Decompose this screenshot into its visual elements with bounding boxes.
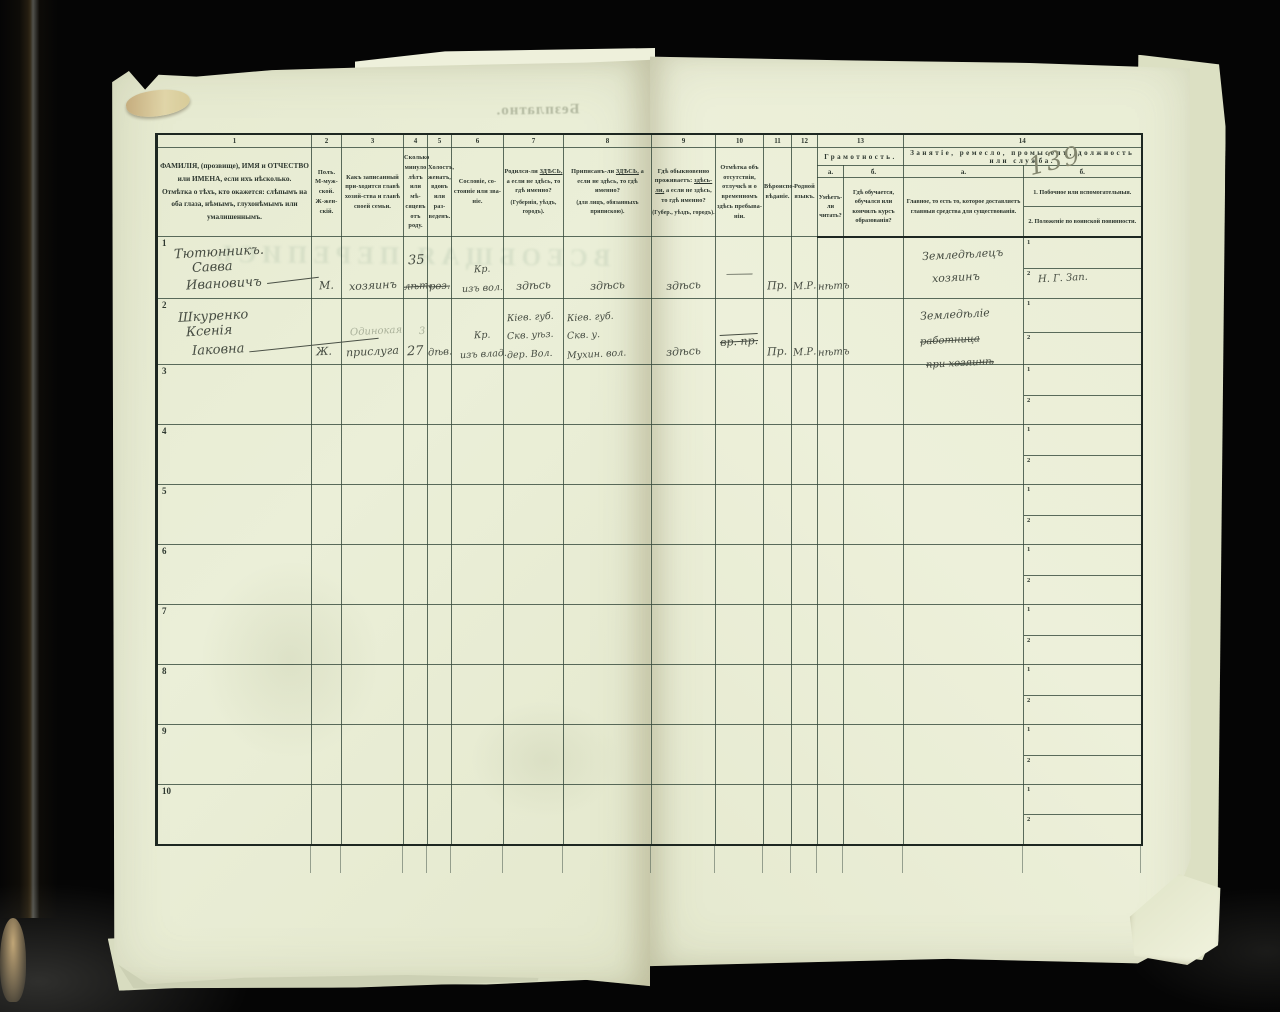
subcell-label-1: 1 [1027,300,1030,307]
header-occupation-side-2: 2. Положеніе по воинской повинности. [1024,206,1141,235]
r2-language: М.Р. [792,299,818,365]
r2-sex-value: Ж. [315,346,331,358]
r1-religion-value: Пр. [767,279,788,291]
empty-cell [792,545,818,605]
row-name-cell: 4 [157,425,312,485]
empty-cell [652,785,716,845]
row-number: 3 [162,366,167,376]
r2-registration: Кіев. губ. Скв. у. Мухин. вол. [564,299,652,365]
empty-cell [452,545,504,605]
header-literacy-a-label: а. [818,166,844,178]
empty-cell [652,545,716,605]
empty-cell [844,545,904,605]
empty-cell [818,665,844,725]
subcell-label-1: 1 [1027,606,1030,613]
empty-cell [504,365,564,425]
subcell-label-2: 2 [1027,334,1030,341]
header-birthplace-pre: Родился-ли [504,168,537,175]
row-number: 9 [162,726,167,736]
empty-cell [764,785,792,845]
empty-cell [716,425,764,485]
r1-occupation-side: 1 2 Н. Г. Зап. [1024,237,1142,299]
empty-cell [342,485,404,545]
empty-cell [844,665,904,725]
empty-cell [504,605,564,665]
occupation-side-cell: 12 [1024,785,1142,845]
empty-cell [904,725,1024,785]
row-number: 2 [162,300,167,310]
empty-cell [818,545,844,605]
r1-relation-value: хозяинъ [348,279,396,292]
empty-cell [404,545,428,605]
occupation-side-cell: 12 [1024,605,1142,665]
record-row-1: 1 Тютюнникъ. Савва Ивановичъ М. хозяинъ … [157,237,1142,299]
page-fold-crease [0,918,26,1002]
empty-cell [792,425,818,485]
empty-cell [342,425,404,485]
header-residence: Гдѣ обыкновенно проживаетъ: здѣсь-ли, а … [652,148,716,237]
empty-cell [652,365,716,425]
empty-cell [818,725,844,785]
colnum-3: 3 [342,134,404,148]
empty-cell [904,605,1024,665]
header-literacy-a: Умѣетъ-ли читать? [818,178,844,237]
header-estate: Сословіе, со-стояніе или зва-ніе. [452,148,504,237]
r1-age: 35 лѣт. [404,237,428,299]
empty-cell [504,485,564,545]
subcell-label-2: 2 [1027,637,1030,644]
empty-cell [564,665,652,725]
empty-cell [504,425,564,485]
r1-name-cell: 1 Тютюнникъ. Савва Ивановичъ [157,237,312,299]
header-birthplace: Родился-ли ЗДѢСЬ, а если не здѣсь, то гд… [504,148,564,237]
r2-absence-struck: вр. пр. [720,335,759,348]
r2-relation-faint: Одинокая [350,326,403,339]
r1-occupation-line2: хозяинъ [932,270,980,283]
empty-cell [504,725,564,785]
r2-religion-value: Пр. [767,345,788,357]
row-number: 6 [162,546,167,556]
empty-cell [452,365,504,425]
subcell-label-2: 2 [1027,697,1030,704]
empty-cell [764,425,792,485]
empty-cell [792,485,818,545]
header-sex-male: М-муж-ской. [315,178,338,195]
empty-cell [792,365,818,425]
empty-cell [792,665,818,725]
header-age: Сколько минуло лѣтъ или мѣ-сяцевъ отъ ро… [404,148,428,237]
occupation-side-cell: 12 [1024,545,1142,605]
empty-cell [764,725,792,785]
colnum-9: 9 [652,134,716,148]
header-literacy-b-label: б. [844,166,904,178]
empty-cell [504,545,564,605]
empty-cell [764,665,792,725]
r1-registration: здѣсь [564,237,652,299]
subcell-label-2: 2 [1027,517,1030,524]
r1-language-value: М.Р. [793,281,817,292]
empty-cell [716,365,764,425]
occupation-side-cell: 12 [1024,365,1142,425]
r2-birthplace-line1: Кіев. губ. [507,312,554,324]
r2-religion: Пр. [764,299,792,365]
empty-cell [342,545,404,605]
empty-cell [404,365,428,425]
r1-language: М.Р. [792,237,818,299]
empty-row-10: 10 12 [157,785,1142,845]
empty-cell [652,605,716,665]
empty-cell [564,785,652,845]
r1-surname: Тютюнникъ. [174,243,265,261]
r1-military-note: Н. Г. Зап. [1038,273,1088,286]
empty-cell [792,725,818,785]
empty-cell [764,485,792,545]
empty-cell [404,785,428,845]
empty-row-8: 8 12 [157,665,1142,725]
r2-estate-line2: изъ влад. [460,348,507,360]
row-number: 8 [162,666,167,676]
header-birthplace-note: (Губернія, уѣздъ, городъ). [504,199,563,217]
empty-cell [818,605,844,665]
row-name-cell: 5 [157,485,312,545]
occupation-side-cell: 12 [1024,425,1142,485]
subcell-label-1: 1 [1027,666,1030,673]
empty-cell [404,665,428,725]
colnum-5: 5 [428,134,452,148]
row-name-cell: 6 [157,545,312,605]
empty-row-7: 7 12 [157,605,1142,665]
r1-literacy-a: нѣтъ [818,237,844,299]
empty-cell [716,665,764,725]
empty-cell [342,365,404,425]
empty-cell [504,785,564,845]
empty-cell [428,665,452,725]
empty-cell [764,365,792,425]
empty-row-4: 4 12 [157,425,1142,485]
r2-registration-line2: Скв. у. [567,330,600,341]
header-registration-here: ЗДѢСЬ, [616,168,639,175]
r1-sex-value: М. [319,280,334,292]
colnum-1: 1 [157,134,312,148]
empty-cell [716,725,764,785]
colnum-12: 12 [792,134,818,148]
colnum-13: 13 [818,134,904,148]
header-residence-rest: а если не здѣсь, то гдѣ именно? [661,187,712,204]
empty-cell [564,485,652,545]
row-name-cell: 10 [157,785,312,845]
r1-sex: М. [312,237,342,299]
row-name-cell: 7 [157,605,312,665]
empty-cell [428,485,452,545]
empty-cell [404,605,428,665]
empty-cell [404,425,428,485]
empty-cell [818,485,844,545]
empty-cell [764,545,792,605]
empty-cell [564,725,652,785]
r2-occupation-struck1: работница [920,335,980,348]
empty-cell [652,725,716,785]
colnum-7: 7 [504,134,564,148]
r2-age-value: 27 [407,345,424,359]
r1-estate-line1: Кр. [474,265,491,275]
subcell-label-2: 2 [1027,816,1030,823]
empty-cell [792,605,818,665]
empty-cell [904,785,1024,845]
header-absence: Отмѣтка объ отсутствіи, отлучкѣ и о врем… [716,148,764,237]
header-row-main: ФАМИЛІЯ, (прозвище), ИМЯ и ОТЧЕСТВО или … [157,148,1142,166]
empty-cell [428,425,452,485]
r2-language-value: М.Р. [793,347,817,358]
occupation-side-cell: 12 [1024,665,1142,725]
subcell-label-1: 1 [1027,239,1030,246]
header-occupation-side: 1. Побочное или вспомогательныя. 2. Поло… [1024,178,1142,237]
empty-cell [342,605,404,665]
subcell-label-2: 2 [1027,757,1030,764]
empty-cell [428,545,452,605]
colnum-11: 11 [764,134,792,148]
empty-cell [652,425,716,485]
colnum-6: 6 [452,134,504,148]
empty-cell [764,605,792,665]
r1-residence-value: здѣсь [666,279,701,292]
header-registration-note: (для лицъ, обязанныхъ припискою). [564,199,651,217]
r2-relation-value: прислуга [346,345,399,359]
empty-cell [312,365,342,425]
r2-occupation-line1: Земледѣліе [920,307,990,322]
empty-cell [452,785,504,845]
empty-cell [342,785,404,845]
row-number: 10 [162,786,171,796]
empty-cell [716,545,764,605]
subcell-label-1: 1 [1027,366,1030,373]
header-marital: Холостъ, женатъ, вдовъ или раз-веденъ. [428,148,452,237]
colnum-10: 10 [716,134,764,148]
empty-cell [452,485,504,545]
header-literacy-b: Гдѣ обучается, обучался или кончилъ курс… [844,178,904,237]
empty-cell [342,725,404,785]
empty-cell [342,665,404,725]
r1-absence-value: — [725,268,755,279]
r1-estate: Кр. изъ вол. [452,237,504,299]
empty-cell [452,425,504,485]
row-number: 5 [162,486,167,496]
header-registration-pre: Приписанъ-ли [571,168,614,175]
empty-cell [564,545,652,605]
r2-registration-line3: Мухин. вол. [567,348,627,361]
header-name: ФАМИЛІЯ, (прозвище), ИМЯ и ОТЧЕСТВО или … [157,148,312,237]
header-name-line1: ФАМИЛІЯ, (прозвище), ИМЯ и ОТЧЕСТВО или … [160,161,309,183]
empty-cell [312,485,342,545]
empty-cell [312,605,342,665]
header-occupation-side-1: 1. Побочное или вспомогательныя. [1024,178,1141,206]
empty-cell [844,605,904,665]
page-fold-shadow [0,0,58,918]
empty-cell [452,605,504,665]
empty-cell [716,485,764,545]
r2-occupation-side: 1 2 [1024,299,1142,365]
r2-firstname: Ксенія [186,324,233,339]
subcell-label-1: 1 [1027,726,1030,733]
empty-cell [404,485,428,545]
header-residence-note: (Губер., уѣздъ, городъ). [652,209,715,218]
r1-marital-struck: роз. [429,281,451,292]
empty-cell [652,665,716,725]
r1-registration-value: здѣсь [590,279,625,292]
r2-marital-value: дѣв. [428,347,453,358]
header-registration: Приписанъ-ли ЗДѢСЬ, а если не здѣсь, то … [564,148,652,237]
empty-cell [844,425,904,485]
colnum-8: 8 [564,134,652,148]
empty-row-3: 3 12 [157,365,1142,425]
r2-residence: здѣсь [652,299,716,365]
r1-occupation: Земледѣлецъ хозяинъ [904,237,1024,299]
empty-row-5: 5 12 [157,485,1142,545]
colnum-2: 2 [312,134,342,148]
r2-age-faint: 3 [418,327,425,337]
colnum-14: 14 [904,134,1142,148]
r2-registration-line1: Кіев. губ. [567,312,614,324]
header-birthplace-rest: а если не здѣсь, то гдѣ именно? [507,178,561,195]
r2-residence-value: здѣсь [666,345,701,358]
r1-firstname: Савва [192,259,233,274]
empty-cell [404,725,428,785]
header-name-line2: Отмѣтка о тѣхъ, кто окажется: слѣпымъ на… [162,187,307,222]
header-language: Родной языкъ. [792,148,818,237]
row-name-cell: 3 [157,365,312,425]
occupation-side-cell: 12 [1024,485,1142,545]
r2-absence: вр. пр. [716,299,764,365]
empty-cell [564,425,652,485]
subcell-label-1: 1 [1027,426,1030,433]
empty-cell [504,665,564,725]
empty-cell [844,485,904,545]
r2-marital: дѣв. [428,299,452,365]
header-religion: Вѣроиспо-вѣданіе. [764,148,792,237]
empty-cell [452,725,504,785]
header-occupation-a-label: а. [904,166,1024,178]
empty-cell [428,785,452,845]
row-number: 7 [162,606,167,616]
empty-cell [428,725,452,785]
empty-cell [844,365,904,425]
r1-birthplace: здѣсь [504,237,564,299]
column-number-row: 1 2 3 4 5 6 7 8 9 10 11 12 13 14 [157,134,1142,148]
empty-cell [428,365,452,425]
header-occupation-main: Главное, то есть то, которое доставляетъ… [904,178,1024,237]
subcell-label-2: 2 [1027,457,1030,464]
r1-age-value: 35 [408,254,425,268]
occupation-side-cell: 12 [1024,725,1142,785]
empty-cell [312,545,342,605]
row-number: 4 [162,426,167,436]
r2-relation: Одинокая прислуга [342,299,404,365]
empty-cell [652,485,716,545]
r1-religion: Пр. [764,237,792,299]
header-relation: Какъ записанный при-ходится главѣ хозяй-… [342,148,404,237]
r1-marital: роз. [428,237,452,299]
empty-cell [904,365,1024,425]
r2-birthplace-line2: Скв. уѣз. [507,330,554,342]
header-sex: Полъ. М-муж-ской. Ж-жен-скій. [312,148,342,237]
empty-row-6: 6 12 [157,545,1142,605]
r2-name-cell: 2 Шкуренко Ксенія Іаковна [157,299,312,365]
empty-cell [792,785,818,845]
empty-cell [904,545,1024,605]
empty-cell [904,485,1024,545]
r2-occupation: Земледѣліе работница при хозяинѣ [904,299,1024,365]
empty-cell [312,725,342,785]
subcell-label-1: 1 [1027,486,1030,493]
r1-relation: хозяинъ [342,237,404,299]
empty-cell [818,425,844,485]
empty-cell [312,665,342,725]
empty-cell [312,785,342,845]
row-number: 1 [162,238,167,248]
empty-row-9: 9 12 [157,725,1142,785]
empty-cell [844,785,904,845]
header-sex-female: Ж-жен-скій. [316,198,338,215]
census-table: 1 2 3 4 5 6 7 8 9 10 11 12 13 14 ФАМИЛІЯ… [155,133,1143,846]
header-sex-title: Полъ. [318,169,335,176]
empty-cell [716,785,764,845]
r2-age: 3 27 [404,299,428,365]
empty-cell [904,665,1024,725]
r2-estate: Кр. изъ влад. [452,299,504,365]
r2-birthplace-line3: дер. Вол. [507,348,553,360]
header-birthplace-here: ЗДѢСЬ, [540,168,563,175]
r1-absence: — [716,237,764,299]
record-row-2: 2 Шкуренко Ксенія Іаковна Ж. Одинокая пр… [157,299,1142,365]
empty-cell [312,425,342,485]
empty-cell [452,665,504,725]
r2-surname: Шкуренко [178,308,249,325]
r2-estate-line1: Кр. [474,331,491,341]
empty-cell [844,725,904,785]
column-line-stubs [310,846,311,873]
r1-residence: здѣсь [652,237,716,299]
r2-birthplace: Кіев. губ. Скв. уѣз. дер. Вол. [504,299,564,365]
r1-estate-line2: изъ вол. [462,283,503,295]
subcell-label-1: 1 [1027,546,1030,553]
r2-sex: Ж. [312,299,342,365]
empty-cell [904,425,1024,485]
empty-cell [818,785,844,845]
r1-literacy-b [844,237,904,299]
empty-cell [564,605,652,665]
subcell-label-2: 2 [1027,270,1030,277]
header-occupation-title: Занятіе, ремесло, промыселъ, должность и… [904,148,1142,166]
subcell-label-1: 1 [1027,786,1030,793]
row-name-cell: 9 [157,725,312,785]
r1-occupation-line1: Земледѣлецъ [922,246,1004,261]
subcell-label-2: 2 [1027,397,1030,404]
row-name-cell: 8 [157,665,312,725]
r1-birthplace-value: здѣсь [516,279,551,292]
empty-cell [818,365,844,425]
empty-cell [716,605,764,665]
subcell-label-2: 2 [1027,577,1030,584]
empty-cell [428,605,452,665]
header-literacy-title: Грамотность. [818,148,904,166]
empty-cell [564,365,652,425]
r2-literacy-b [844,299,904,365]
r2-literacy-a: нѣтъ [818,299,844,365]
photo-backdrop: Безплатно. ВСЕОБЩАЯ ПЕРЕПИСЬ 1 2 3 4 5 6… [0,0,1280,1012]
colnum-4: 4 [404,134,428,148]
